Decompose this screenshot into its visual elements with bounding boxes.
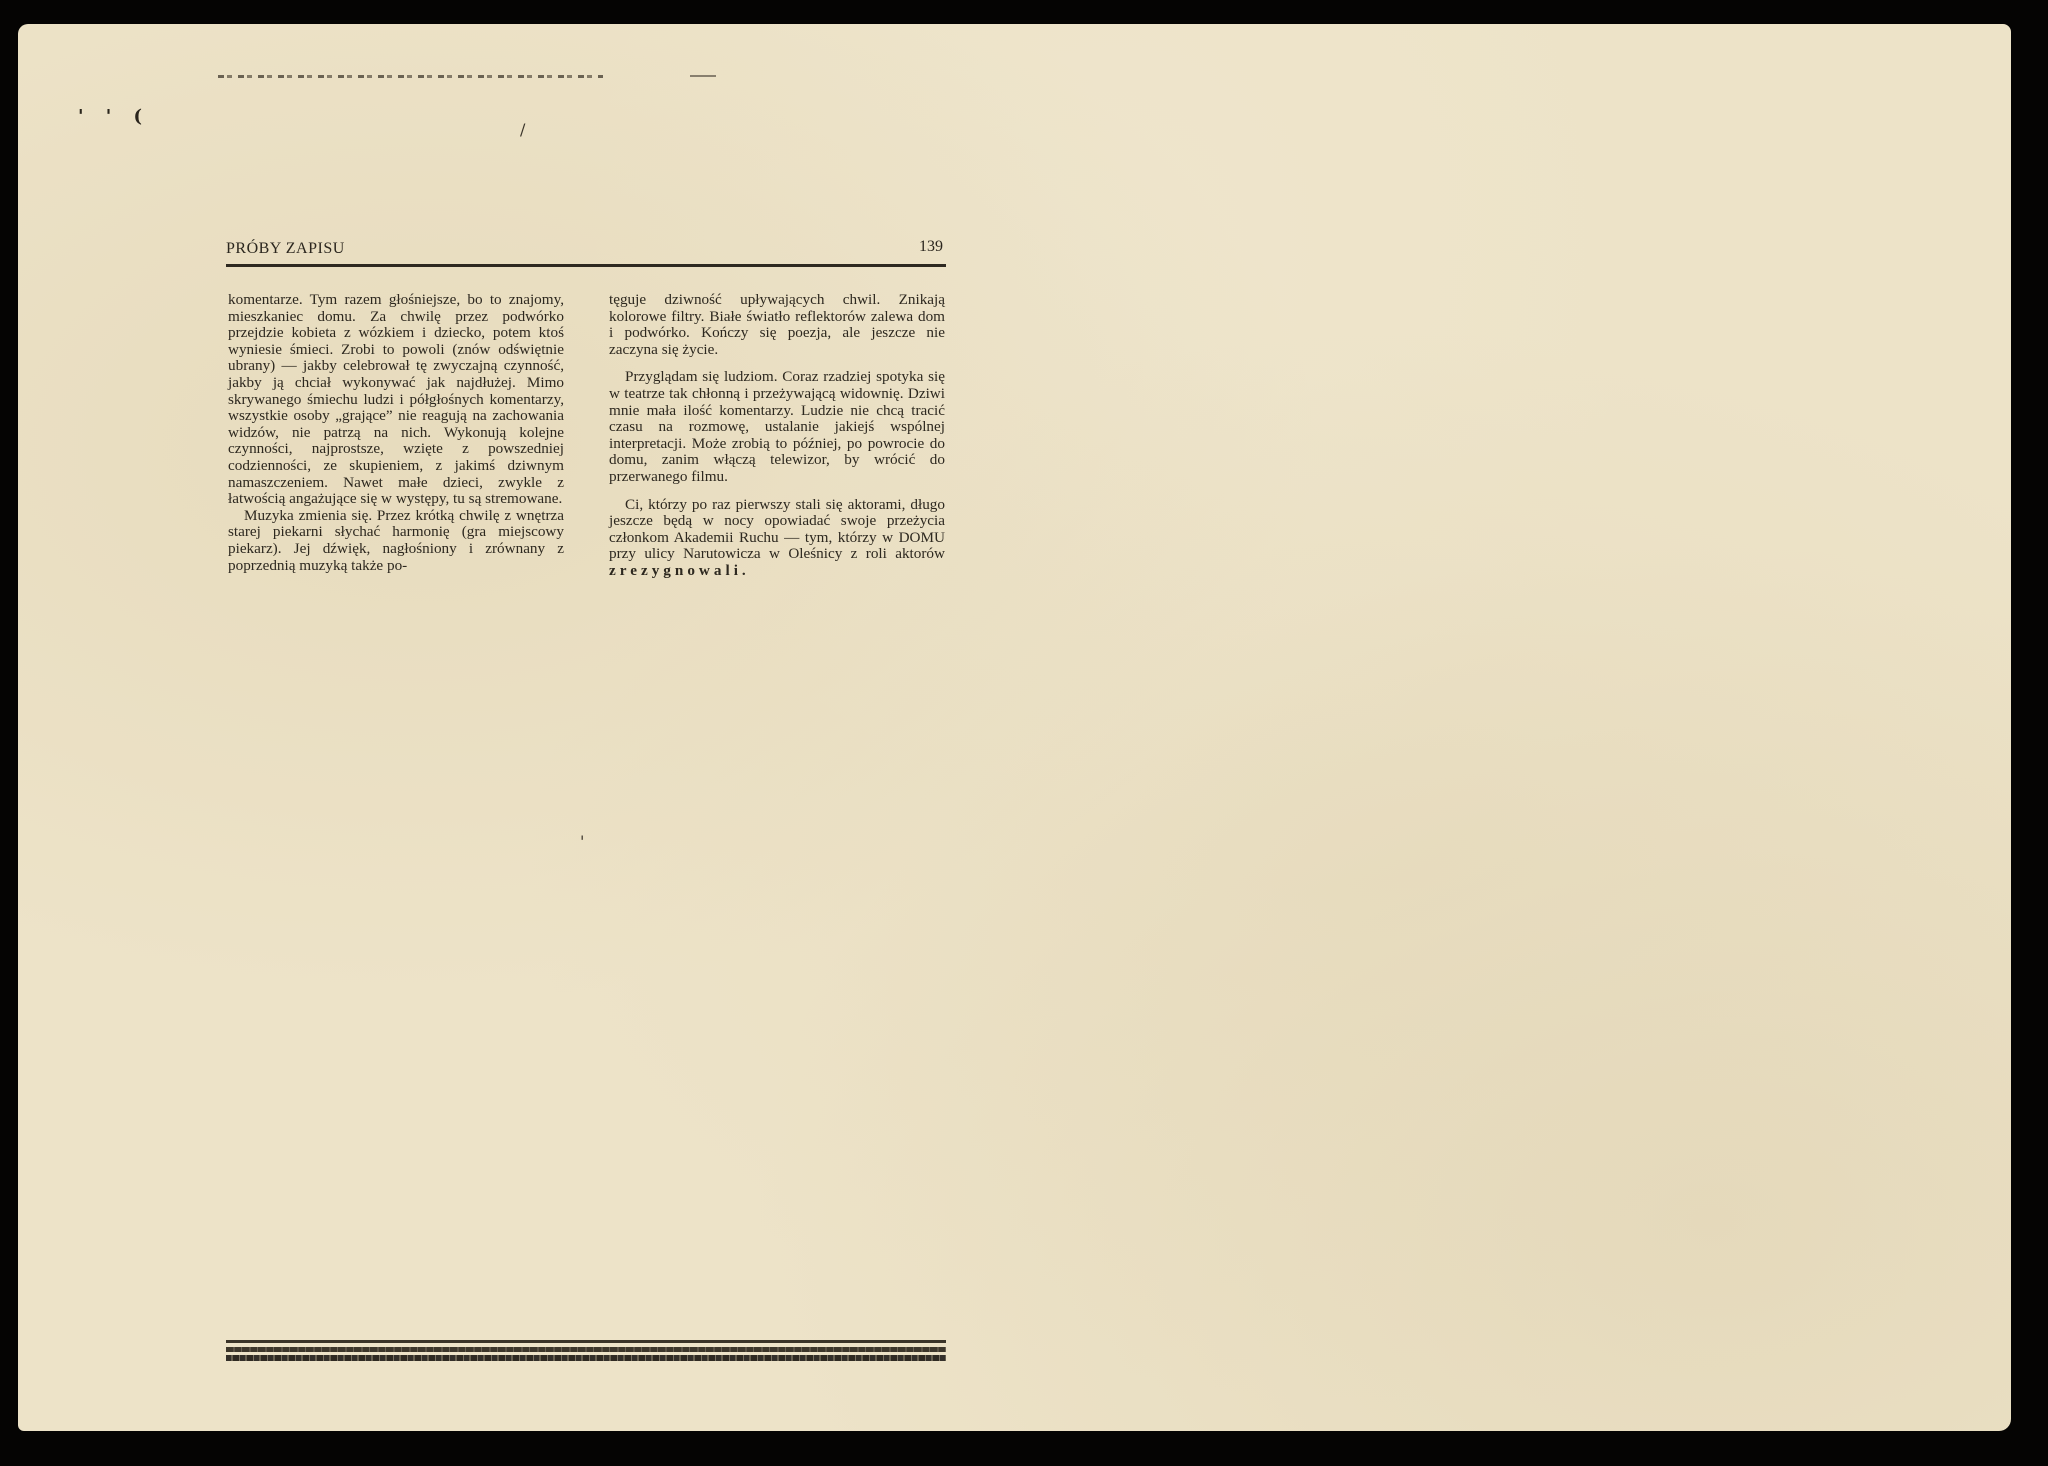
scanned-page: ' ' ( / ' PRÓBY ZAPISU 139 komentarze. T… [18, 24, 2011, 1431]
paragraph: komentarze. Tym razem głośniejsze, bo to… [228, 292, 564, 508]
corner-ink-marks: ' ' ( [78, 106, 150, 127]
text-column-right: tęguje dziwność upływających chwil. Znik… [609, 292, 945, 580]
top-ink-smudge-small [690, 75, 716, 77]
footer-rule-thin [226, 1340, 946, 1343]
page-number: 139 [919, 238, 943, 256]
paragraph: Przyglądam się ludziom. Coraz rzadziej s… [609, 369, 945, 485]
footer-rule-textured-dark [226, 1355, 946, 1361]
paragraph: Muzyka zmienia się. Przez krótką chwilę … [228, 508, 564, 574]
text-column-left: komentarze. Tym razem głośniejsze, bo to… [228, 292, 564, 574]
closing-paragraph: Ci, którzy po raz pierwszy stali się akt… [609, 497, 945, 580]
running-header: PRÓBY ZAPISU 139 [226, 238, 946, 260]
stray-ink-mark: / [520, 120, 525, 139]
emphasized-word: zrezygnowali. [609, 562, 750, 579]
footer-rule-textured [226, 1347, 946, 1352]
header-rule [226, 264, 946, 267]
stray-ink-mark: ' [580, 832, 584, 851]
running-head-title: PRÓBY ZAPISU [226, 240, 345, 258]
footer-decorative-rules [226, 1340, 946, 1364]
paragraph: tęguje dziwność upływających chwil. Znik… [609, 292, 945, 358]
closing-paragraph-text: Ci, którzy po raz pierwszy stali się akt… [609, 496, 945, 563]
top-ink-smudge [218, 75, 603, 78]
